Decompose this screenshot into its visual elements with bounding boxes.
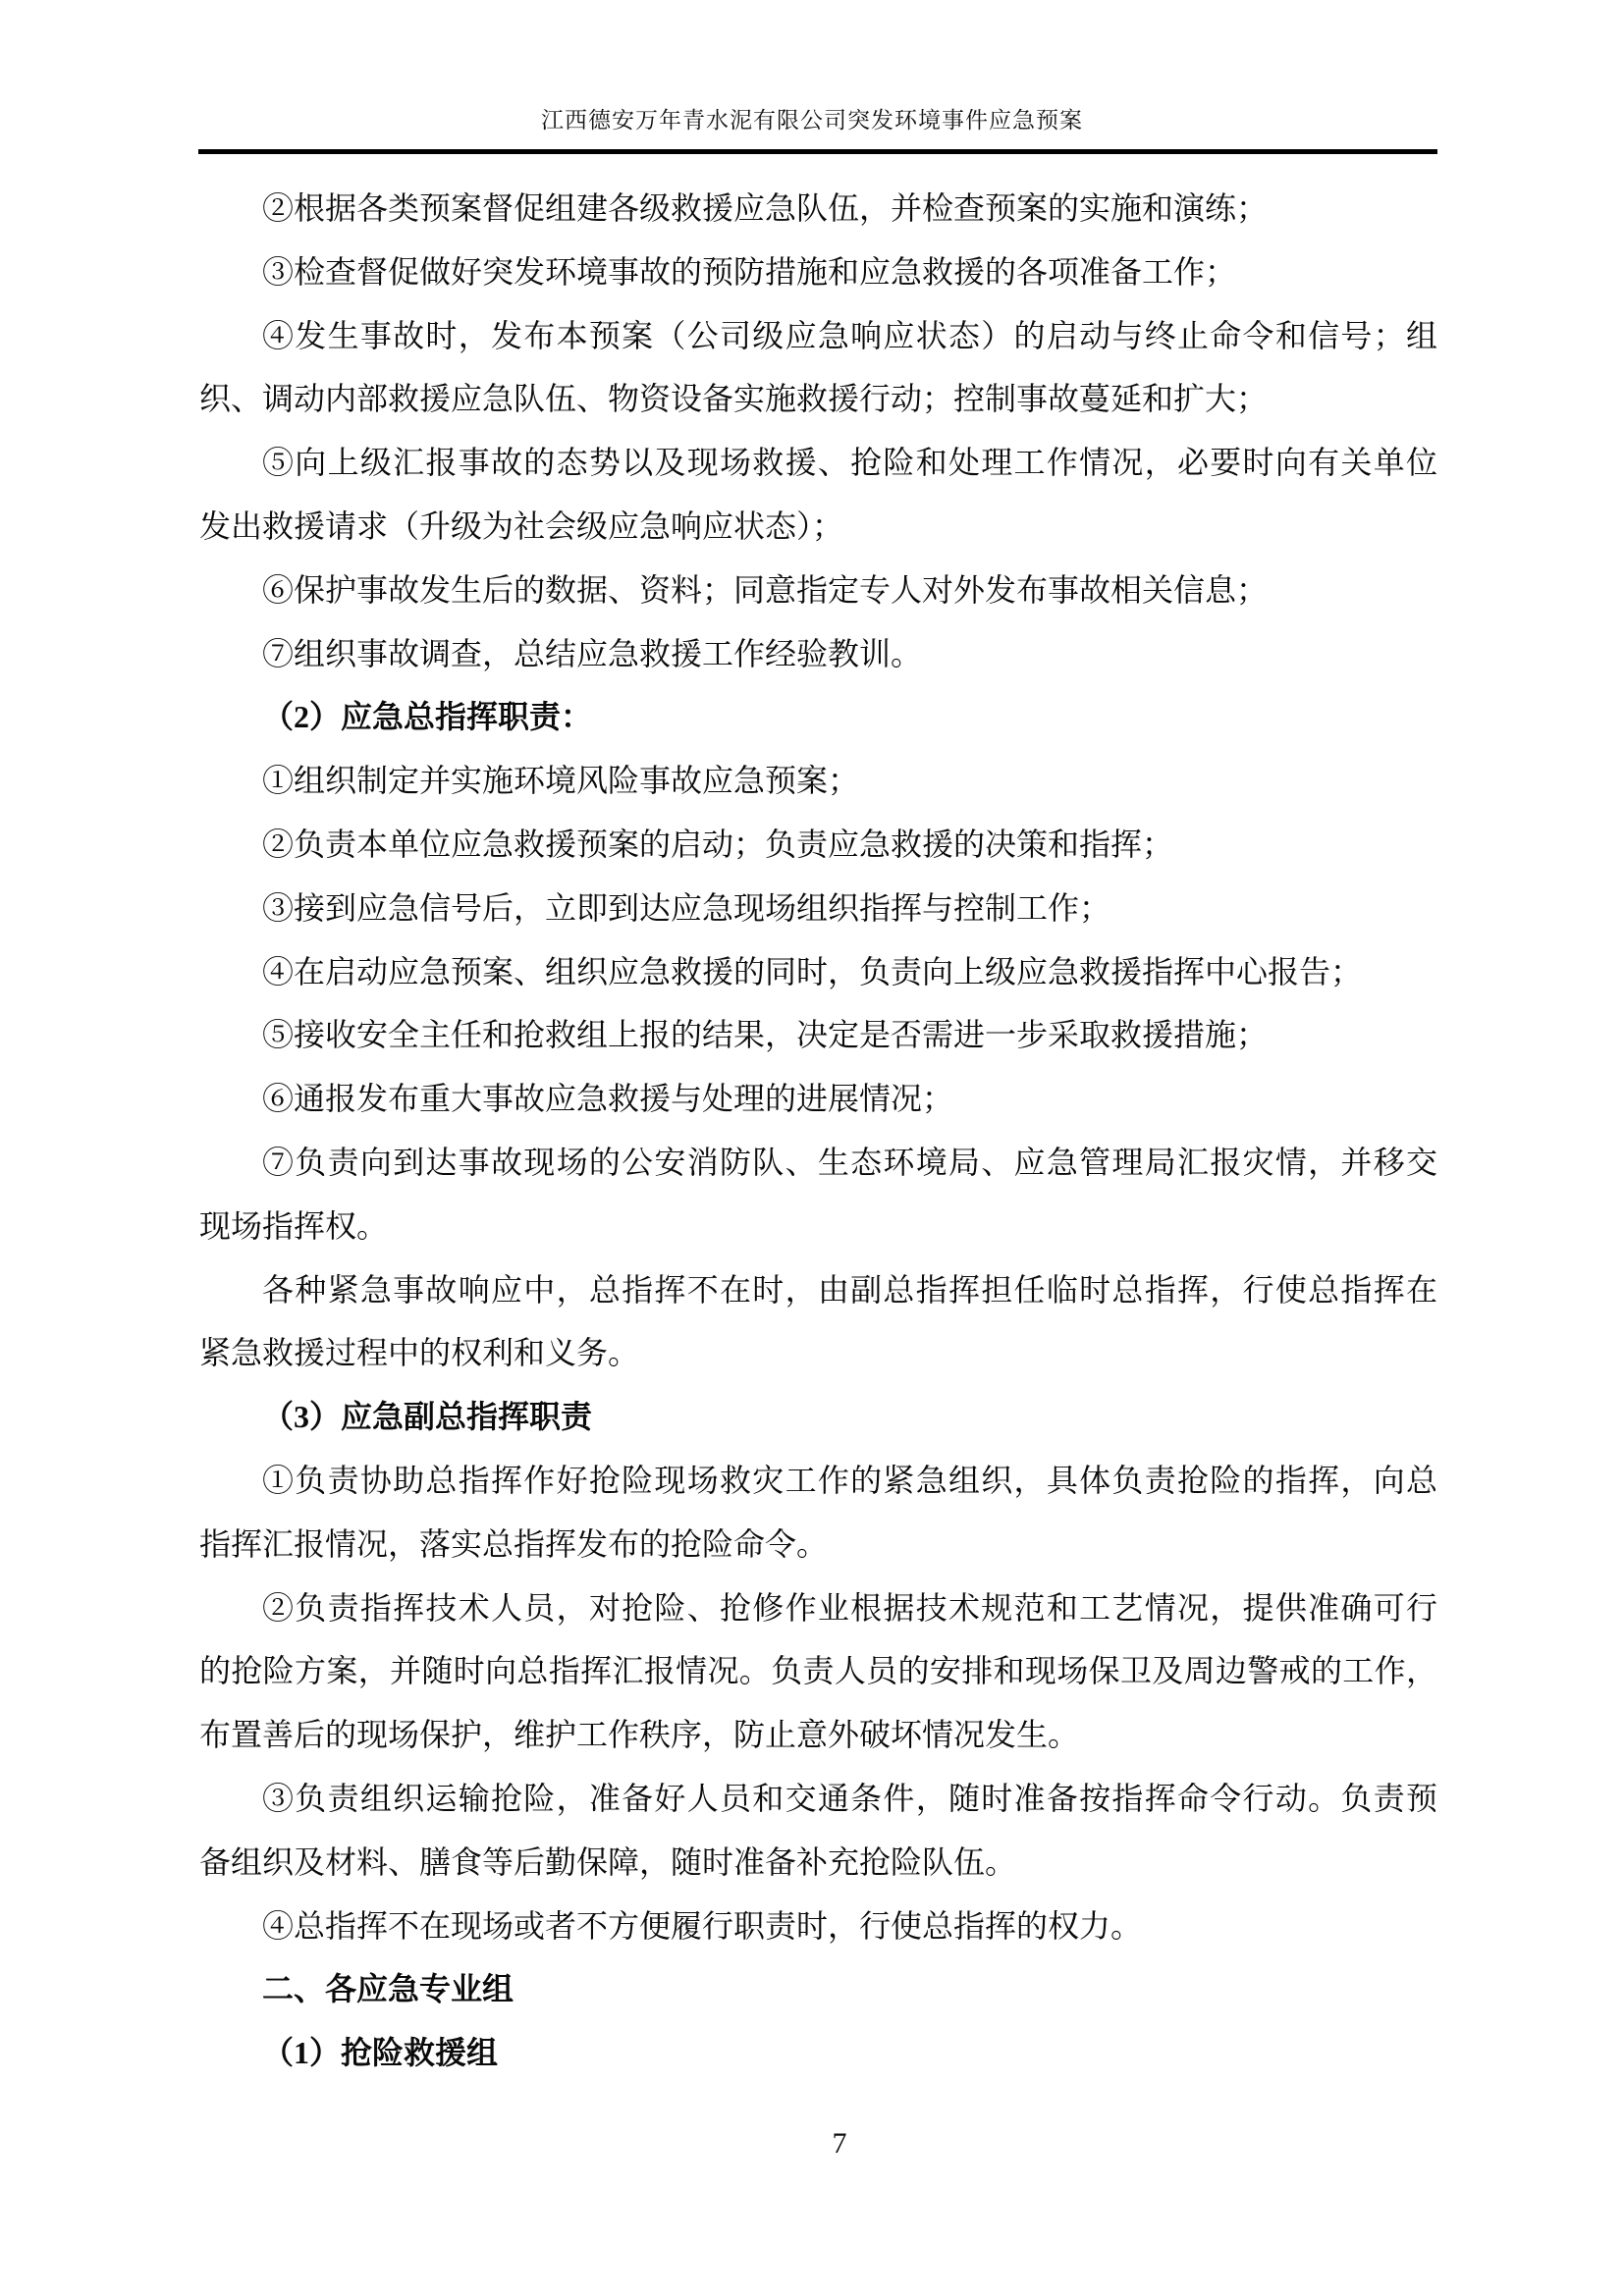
document-body: ②根据各类预案督促组建各级救援应急队伍，并检查预案的实施和演练；③检查督促做好突… xyxy=(199,177,1437,2085)
text-line: ⑦负责向到达事故现场的公安消防队、生态环境局、应急管理局汇报灾情，并移交 xyxy=(199,1131,1437,1195)
text-line: ③负责组织运输抢险，准备好人员和交通条件，随时准备按指挥命令行动。负责预 xyxy=(199,1767,1437,1831)
text-line: ①组织制定并实施环境风险事故应急预案； xyxy=(199,749,1437,813)
text-line: ⑥保护事故发生后的数据、资料；同意指定专人对外发布事故相关信息； xyxy=(199,559,1437,622)
header-rule xyxy=(198,149,1437,154)
text-line: 紧急救援过程中的权利和义务。 xyxy=(199,1321,1437,1385)
text-line: ④在启动应急预案、组织应急救援的同时，负责向上级应急救援指挥中心报告； xyxy=(199,940,1437,1004)
text-line: ①负责协助总指挥作好抢险现场救灾工作的紧急组织，具体负责抢险的指挥，向总 xyxy=(199,1449,1437,1513)
text-line: 现场指挥权。 xyxy=(199,1195,1437,1258)
text-line: （1）抢险救援组 xyxy=(199,2021,1437,2085)
text-line: 备组织及材料、膳食等后勤保障，随时准备补充抢险队伍。 xyxy=(199,1831,1437,1895)
text-line: 各种紧急事故响应中，总指挥不在时，由副总指挥担任临时总指挥，行使总指挥在 xyxy=(199,1258,1437,1322)
document-page: 江西德安万年青水泥有限公司突发环境事件应急预案 ②根据各类预案督促组建各级救援应… xyxy=(0,0,1624,2296)
text-line: ③接到应急信号后，立即到达应急现场组织指挥与控制工作； xyxy=(199,877,1437,940)
text-line: ③检查督促做好突发环境事故的预防措施和应急救援的各项准备工作； xyxy=(199,240,1437,304)
text-line: （2）应急总指挥职责： xyxy=(199,685,1437,749)
text-line: ②负责指挥技术人员，对抢险、抢修作业根据技术规范和工艺情况，提供准确可行 xyxy=(199,1576,1437,1640)
page-number: 7 xyxy=(0,2126,1624,2162)
running-header-title: 江西德安万年青水泥有限公司突发环境事件应急预案 xyxy=(0,104,1624,137)
text-line: ⑤接收安全主任和抢救组上报的结果，决定是否需进一步采取救援措施； xyxy=(199,1003,1437,1067)
text-line: ⑦组织事故调查，总结应急救援工作经验教训。 xyxy=(199,622,1437,686)
text-line: ⑤向上级汇报事故的态势以及现场救援、抢险和处理工作情况，必要时向有关单位 xyxy=(199,431,1437,495)
text-line: （3）应急副总指挥职责 xyxy=(199,1385,1437,1449)
text-line: 布置善后的现场保护，维护工作秩序，防止意外破坏情况发生。 xyxy=(199,1703,1437,1767)
text-line: ④总指挥不在现场或者不方便履行职责时，行使总指挥的权力。 xyxy=(199,1895,1437,1958)
text-line: 发出救援请求（升级为社会级应急响应状态）； xyxy=(199,495,1437,559)
text-line: 指挥汇报情况，落实总指挥发布的抢险命令。 xyxy=(199,1513,1437,1576)
text-line: 二、各应急专业组 xyxy=(199,1957,1437,2021)
text-line: ②负责本单位应急救援预案的启动；负责应急救援的决策和指挥； xyxy=(199,813,1437,877)
text-line: ②根据各类预案督促组建各级救援应急队伍，并检查预案的实施和演练； xyxy=(199,177,1437,240)
text-line: ④发生事故时，发布本预案（公司级应急响应状态）的启动与终止命令和信号；组 xyxy=(199,304,1437,368)
text-line: ⑥通报发布重大事故应急救援与处理的进展情况； xyxy=(199,1067,1437,1131)
text-line: 的抢险方案，并随时向总指挥汇报情况。负责人员的安排和现场保卫及周边警戒的工作， xyxy=(199,1639,1437,1703)
text-line: 织、调动内部救援应急队伍、物资设备实施救援行动；控制事故蔓延和扩大； xyxy=(199,367,1437,431)
